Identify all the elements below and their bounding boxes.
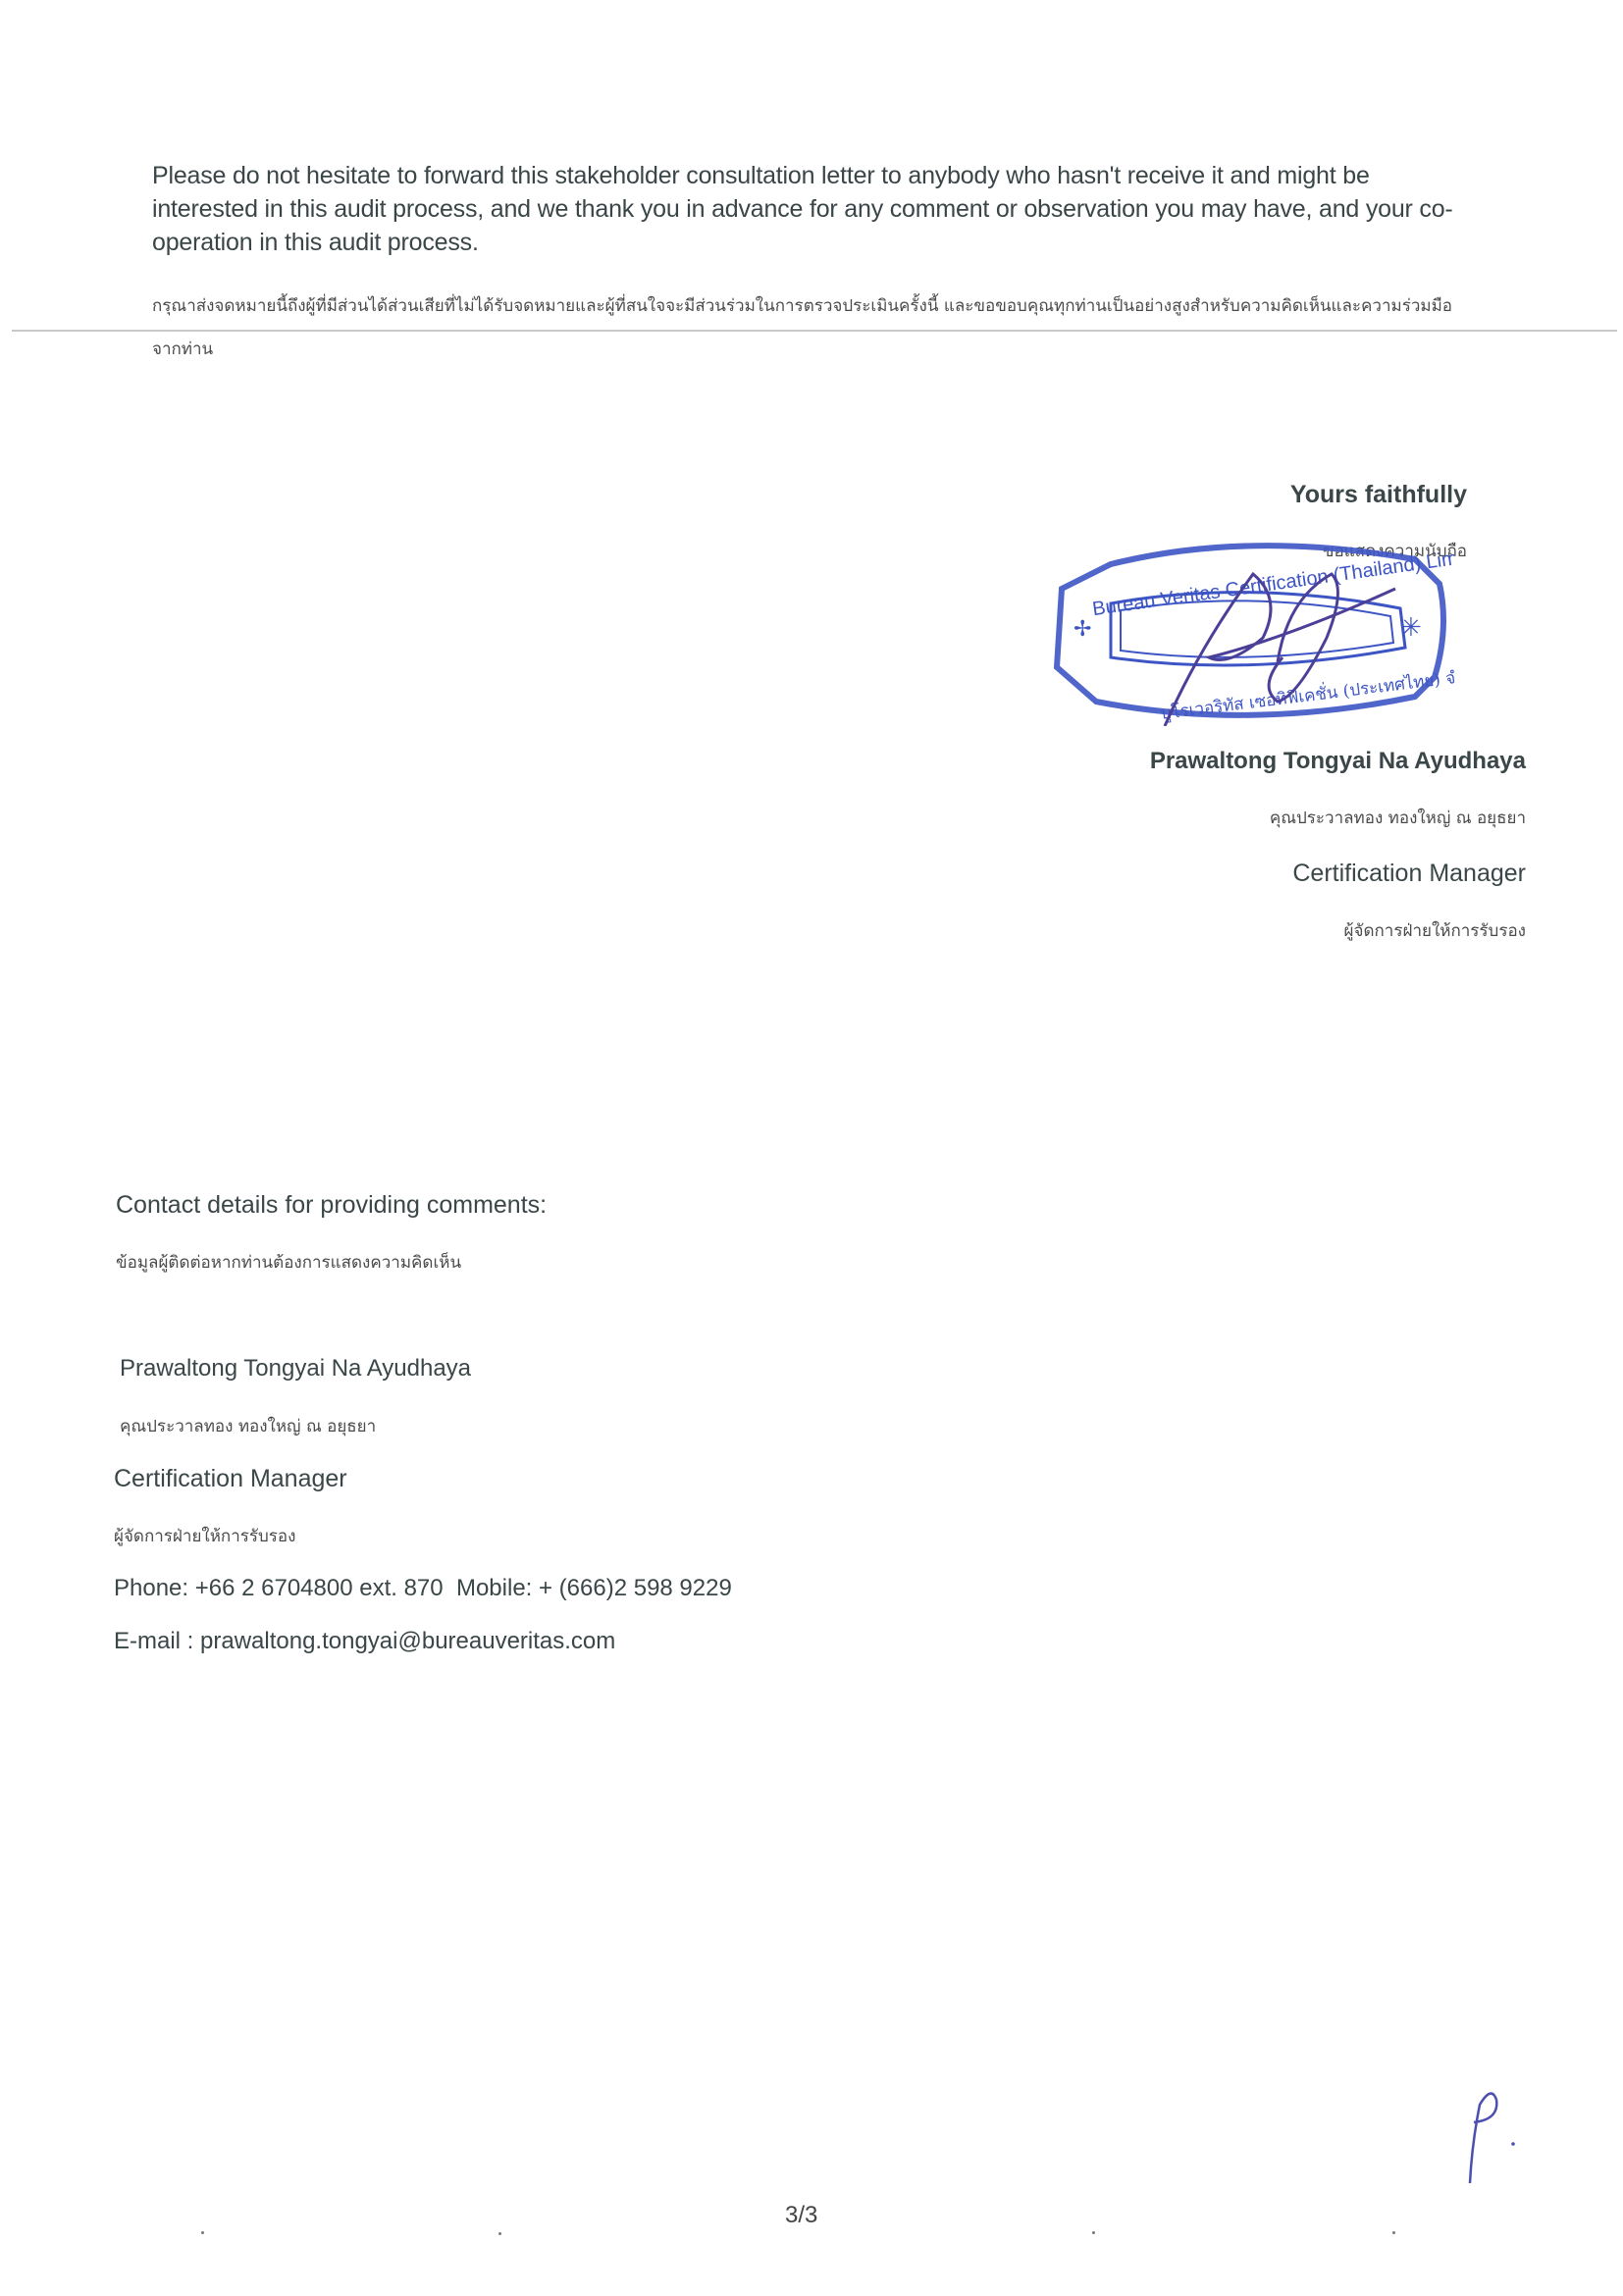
contact-title-en: Certification Manager xyxy=(114,1465,347,1493)
closing-paragraph-en: Please do not hesitate to forward this s… xyxy=(152,159,1477,259)
scan-artifact-line xyxy=(12,330,1617,332)
svg-text:✢: ✢ xyxy=(1073,616,1091,641)
contact-heading-th: ข้อมูลผู้ติดต่อหากท่านต้องการแสดงความคิด… xyxy=(116,1249,461,1276)
page-number: 3/3 xyxy=(785,2202,817,2229)
contact-heading-en: Contact details for providing comments: xyxy=(116,1191,547,1220)
contact-phone: Phone: +66 2 6704800 ext. 870 Mobile: + … xyxy=(114,1575,732,1602)
closing-paragraph-th: กรุณาส่งจดหมายนี้ถึงผู้ที่มีส่วนได้ส่วนเ… xyxy=(152,285,1477,371)
company-stamp-icon: Bureau Veritas Certification (Thailand) … xyxy=(1052,530,1454,726)
scan-dot xyxy=(1392,2231,1395,2234)
svg-text:✳: ✳ xyxy=(1400,612,1422,642)
scan-dot xyxy=(498,2232,501,2235)
scan-dot xyxy=(1092,2231,1095,2234)
scan-dot xyxy=(201,2231,204,2234)
contact-title-th: ผู้จัดการฝ่ายให้การรับรอง xyxy=(114,1523,295,1549)
signatory-name-th: คุณประวาลทอง ทองใหญ่ ณ อยุธยา xyxy=(981,805,1526,831)
signatory-name-en: Prawaltong Tongyai Na Ayudhaya xyxy=(981,748,1526,775)
signatory-title-th: ผู้จัดการฝ่ายให้การรับรอง xyxy=(981,917,1526,944)
handwritten-initial-icon xyxy=(1452,2085,1531,2193)
contact-email[interactable]: E-mail : prawaltong.tongyai@bureauverita… xyxy=(114,1628,615,1655)
contact-name-en: Prawaltong Tongyai Na Ayudhaya xyxy=(120,1355,471,1383)
signatory-title-en: Certification Manager xyxy=(981,860,1526,888)
salutation-en: Yours faithfully xyxy=(1079,481,1467,509)
contact-name-th: คุณประวาลทอง ทองใหญ่ ณ อยุธยา xyxy=(120,1413,376,1439)
